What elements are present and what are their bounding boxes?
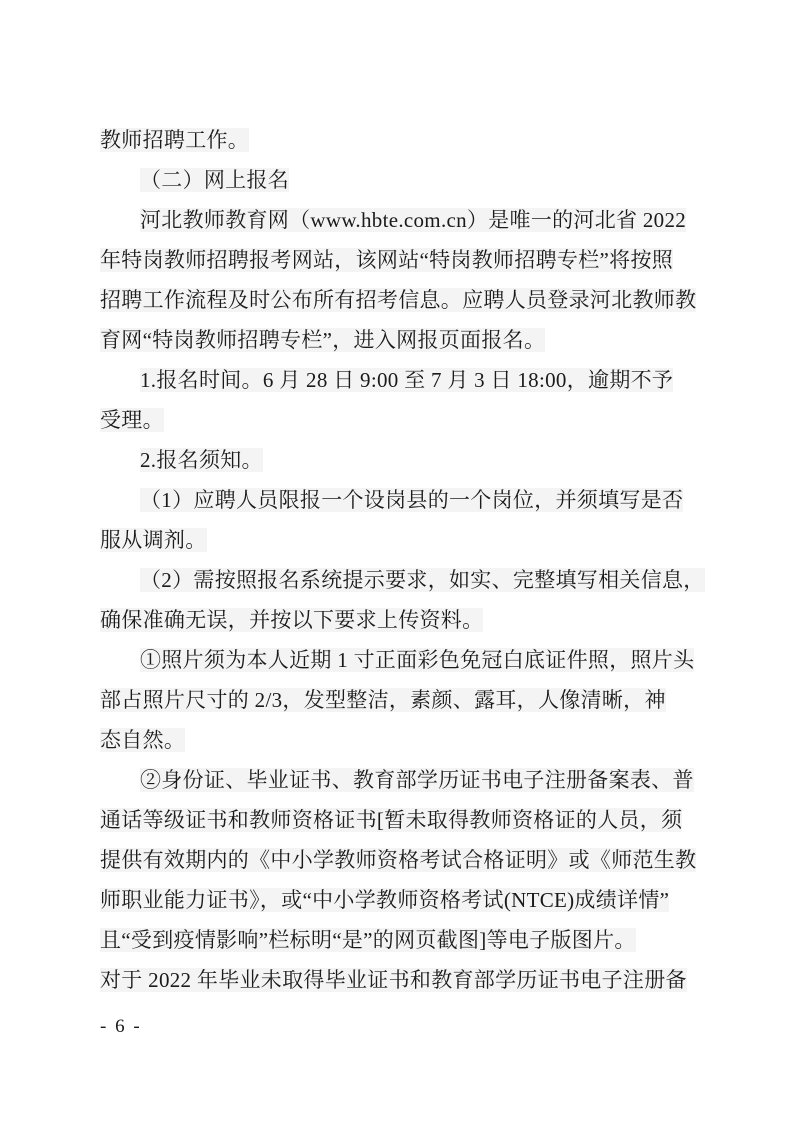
document-line: 招聘工作流程及时公布所有招考信息。应聘人员登录河北教师教 (100, 280, 700, 320)
line-text: 受理。 (100, 408, 164, 432)
line-text: ②身份证、毕业证书、教育部学历证书电子注册备案表、普 (140, 768, 694, 792)
document-line: 部占照片尺寸的 2/3，发型整洁，素颜、露耳，人像清晰，神 (100, 680, 700, 720)
document-line: 教师招聘工作。 (100, 120, 700, 160)
document-text-block: 教师招聘工作。 （二）网上报名 河北教师教育网（www.hbte.com.cn）… (100, 120, 700, 1000)
line-text: 提供有效期内的《中小学教师资格考试合格证明》或《师范生教 (100, 848, 696, 872)
document-line: 1.报名时间。6 月 28 日 9:00 至 7 月 3 日 18:00，逾期不… (100, 360, 700, 400)
document-line: 服从调剂。 (100, 520, 700, 560)
line-text: （2）需按照报名系统提示要求，如实、完整填写相关信息， (140, 568, 705, 592)
document-page: 教师招聘工作。 （二）网上报名 河北教师教育网（www.hbte.com.cn）… (0, 0, 794, 1123)
line-text: 服从调剂。 (100, 528, 207, 552)
document-line: 提供有效期内的《中小学教师资格考试合格证明》或《师范生教 (100, 840, 700, 880)
line-text: （1）应聘人员限报一个设岗县的一个岗位，并须填写是否 (140, 488, 683, 512)
line-text: 通话等级证书和教师资格证书[暂未取得教师资格证的人员，须 (100, 808, 682, 832)
line-text: 2.报名须知。 (140, 448, 263, 472)
line-text: 部占照片尺寸的 2/3，发型整洁，素颜、露耳，人像清晰，神 (100, 688, 666, 712)
line-text: 态自然。 (100, 728, 185, 752)
line-text: （二）网上报名 (140, 168, 289, 192)
line-text: 对于 2022 年毕业未取得毕业证书和教育部学历证书电子注册备 (100, 968, 687, 992)
document-line: 2.报名须知。 (100, 440, 700, 480)
line-text: ①照片须为本人近期 1 寸正面彩色免冠白底证件照，照片头 (140, 648, 694, 672)
line-text: 师职业能力证书》，或“中小学教师资格考试(NTCE)成绩详情” (100, 888, 669, 912)
document-line: （2）需按照报名系统提示要求，如实、完整填写相关信息， (100, 560, 700, 600)
line-text: 教师招聘工作。 (100, 128, 249, 152)
document-line: 确保准确无误，并按以下要求上传资料。 (100, 600, 700, 640)
document-line: （1）应聘人员限报一个设岗县的一个岗位，并须填写是否 (100, 480, 700, 520)
line-text: 招聘工作流程及时公布所有招考信息。应聘人员登录河北教师教 (100, 288, 696, 312)
page-number: - 6 - (100, 1012, 142, 1042)
document-line: 且“受到疫情影响”栏标明“是”的网页截图]等电子版图片。 (100, 920, 700, 960)
line-text: 河北教师教育网（www.hbte.com.cn）是唯一的河北省 2022 (140, 208, 686, 232)
document-line: 对于 2022 年毕业未取得毕业证书和教育部学历证书电子注册备 (100, 960, 700, 1000)
document-line: 河北教师教育网（www.hbte.com.cn）是唯一的河北省 2022 (100, 200, 700, 240)
document-line-section-heading: （二）网上报名 (100, 160, 700, 200)
line-text: 育网“特岗教师招聘专栏”，进入网报页面报名。 (100, 328, 545, 352)
document-line: 师职业能力证书》，或“中小学教师资格考试(NTCE)成绩详情” (100, 880, 700, 920)
line-text: 确保准确无误，并按以下要求上传资料。 (100, 608, 483, 632)
document-line: 态自然。 (100, 720, 700, 760)
document-line: 年特岗教师招聘报考网站，该网站“特岗教师招聘专栏”将按照 (100, 240, 700, 280)
document-line: 受理。 (100, 400, 700, 440)
line-text: 且“受到疫情影响”栏标明“是”的网页截图]等电子版图片。 (100, 928, 636, 952)
document-line: ①照片须为本人近期 1 寸正面彩色免冠白底证件照，照片头 (100, 640, 700, 680)
document-line: 通话等级证书和教师资格证书[暂未取得教师资格证的人员，须 (100, 800, 700, 840)
document-line: ②身份证、毕业证书、教育部学历证书电子注册备案表、普 (100, 760, 700, 800)
line-text: 1.报名时间。6 月 28 日 9:00 至 7 月 3 日 18:00，逾期不… (140, 368, 673, 392)
line-text: 年特岗教师招聘报考网站，该网站“特岗教师招聘专栏”将按照 (100, 248, 673, 272)
document-line: 育网“特岗教师招聘专栏”，进入网报页面报名。 (100, 320, 700, 360)
